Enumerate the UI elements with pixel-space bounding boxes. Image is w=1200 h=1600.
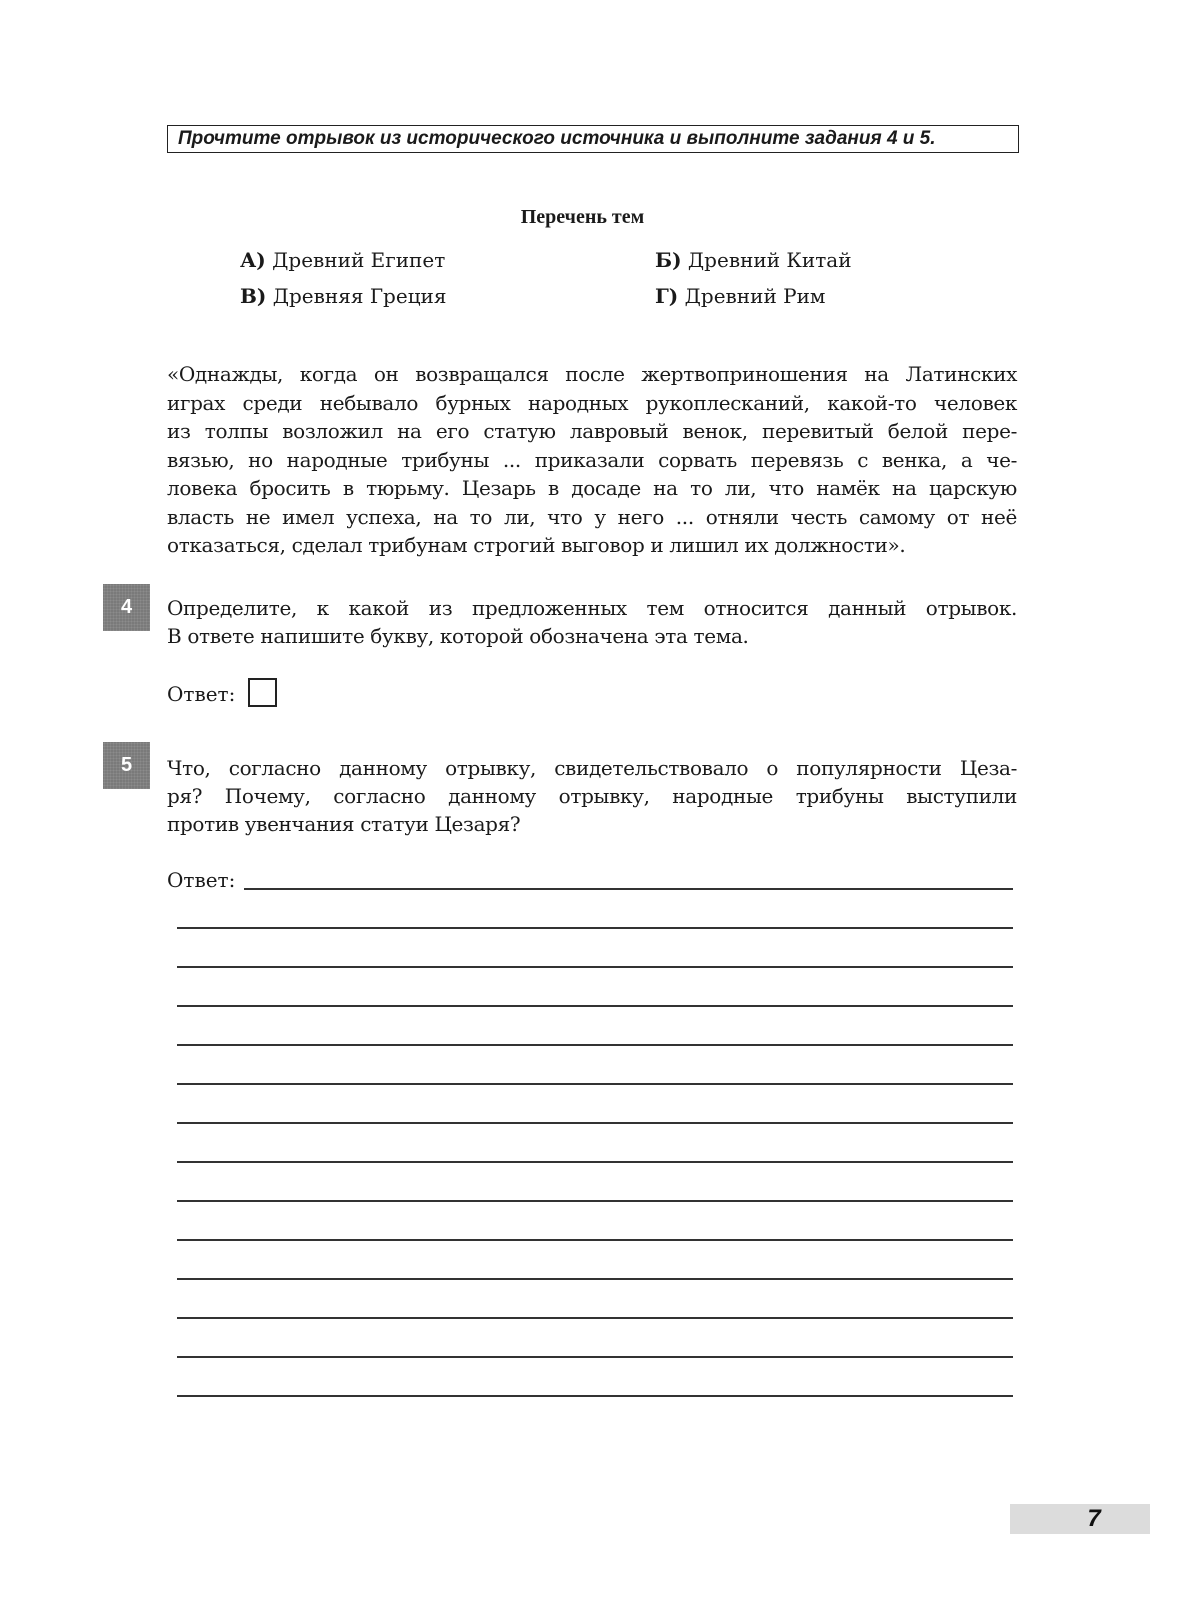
topic-item-v: В) Древняя Греция bbox=[240, 284, 447, 308]
passage-line: из толпы возложил на его статую лавровый… bbox=[167, 417, 1017, 446]
topic-item-b: Б) Древний Китай bbox=[655, 248, 852, 272]
task-5-answer-line[interactable] bbox=[177, 966, 1013, 968]
task-5-answer-line[interactable] bbox=[177, 1161, 1013, 1163]
passage-line: вязью, но народные трибуны ... приказали… bbox=[167, 446, 1017, 475]
topics-title: Перечень тем bbox=[0, 206, 1165, 229]
topic-text: Древний Китай bbox=[688, 248, 852, 272]
topic-letter: В) bbox=[240, 284, 266, 308]
passage-line: власть не имел успеха, на то ли, что у н… bbox=[167, 503, 1017, 532]
topic-letter: А) bbox=[240, 248, 266, 272]
page-number: 7 bbox=[1010, 1504, 1150, 1534]
task-5-answer-line[interactable] bbox=[177, 927, 1013, 929]
task-5-answer-line[interactable] bbox=[177, 1356, 1013, 1358]
task-5-answer-line[interactable] bbox=[177, 1083, 1013, 1085]
source-passage: «Однажды, когда он возвращался после жер… bbox=[167, 360, 1017, 560]
passage-line: отказаться, сделал трибунам строгий выго… bbox=[167, 531, 1017, 560]
topic-text: Древний Рим bbox=[685, 284, 826, 308]
page-number-text: 7 bbox=[1087, 1505, 1100, 1533]
task-5-answer-line[interactable] bbox=[244, 888, 1013, 890]
question-line: Что, согласно данному отрывку, свидетель… bbox=[167, 754, 1017, 782]
task-5-answer-line[interactable] bbox=[177, 1239, 1013, 1241]
task-5-answer-line[interactable] bbox=[177, 1200, 1013, 1202]
question-line: Определите, к какой из предложенных тем … bbox=[167, 594, 1017, 622]
task-number-badge: 4 bbox=[103, 584, 150, 631]
question-line: против увенчания статуи Цезаря? bbox=[167, 810, 1017, 838]
topic-item-a: А) Древний Египет bbox=[240, 248, 445, 272]
question-line: В ответе напишите букву, которой обознач… bbox=[167, 622, 1017, 650]
passage-line: ловека бросить в тюрьму. Цезарь в досаде… bbox=[167, 474, 1017, 503]
task-4-question: Определите, к какой из предложенных тем … bbox=[167, 594, 1017, 650]
task-5-answer-line[interactable] bbox=[177, 1044, 1013, 1046]
topic-text: Древняя Греция bbox=[273, 284, 447, 308]
task-5-answer-line[interactable] bbox=[177, 1005, 1013, 1007]
topic-letter: Г) bbox=[655, 284, 678, 308]
topic-text: Древний Египет bbox=[272, 248, 445, 272]
task-5-answer-line[interactable] bbox=[177, 1317, 1013, 1319]
task-number-badge: 5 bbox=[103, 742, 150, 789]
instruction-banner: Прочтите отрывок из исторического источн… bbox=[167, 125, 1019, 153]
task-4-answer-box[interactable] bbox=[248, 678, 277, 707]
task-5-answer-label: Ответ: bbox=[167, 868, 235, 892]
task-5-answer-line[interactable] bbox=[177, 1395, 1013, 1397]
task-4-answer-label: Ответ: bbox=[167, 682, 235, 706]
passage-line: играх среди небывало бурных народных рук… bbox=[167, 389, 1017, 418]
task-5-answer-line[interactable] bbox=[177, 1122, 1013, 1124]
topic-letter: Б) bbox=[655, 248, 682, 272]
task-5-question: Что, согласно данному отрывку, свидетель… bbox=[167, 754, 1017, 838]
task-5-answer-line[interactable] bbox=[177, 1278, 1013, 1280]
question-line: ря? Почему, согласно данному отрывку, на… bbox=[167, 782, 1017, 810]
passage-line: «Однажды, когда он возвращался после жер… bbox=[167, 360, 1017, 389]
topic-item-g: Г) Древний Рим bbox=[655, 284, 826, 308]
